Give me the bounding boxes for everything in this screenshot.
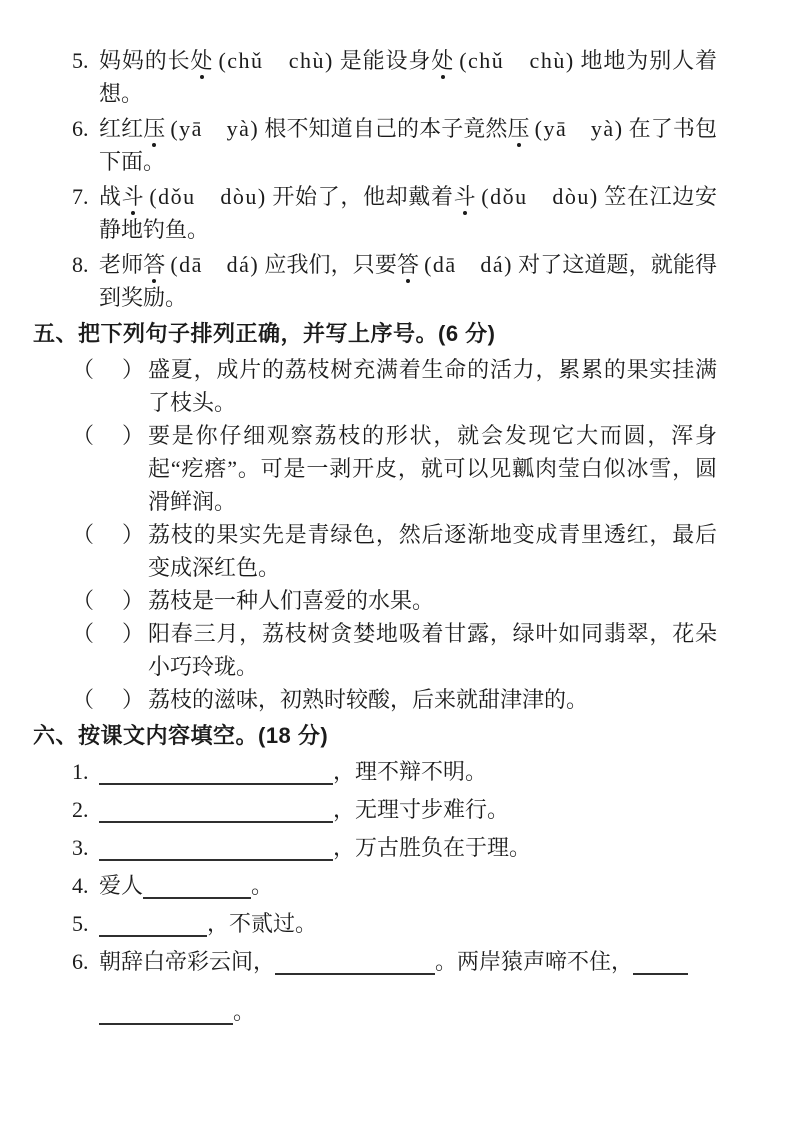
- answer-blank[interactable]: [99, 915, 207, 937]
- item-number: 3.: [72, 831, 99, 864]
- fill-in-item: 4. 爱人。: [72, 869, 717, 902]
- answer-bracket[interactable]: （ ）: [72, 419, 144, 452]
- emphasized-char: 斗: [122, 184, 145, 209]
- pinyin-sentence-item: 8. 老师答(dā dá)应我们，只要答(dā dá)对了这道题，就能得到奖励。: [72, 248, 717, 314]
- sentence-order-item: （ ） 要是你仔细观察荔枝的形状，就会发现它大而圆，浑身起“疙瘩”。可是一剥开皮…: [72, 419, 717, 518]
- item-text: ，理不辩不明。: [99, 755, 717, 788]
- item-number: 6.: [72, 945, 99, 978]
- answer-blank[interactable]: [99, 839, 333, 861]
- answer-bracket[interactable]: （ ）: [72, 617, 144, 650]
- answer-blank[interactable]: [143, 877, 251, 899]
- item-number: 5.: [72, 907, 99, 940]
- fill-in-item: 5. ，不贰过。: [72, 907, 717, 940]
- pinyin-options: (yā yà): [530, 116, 629, 141]
- text-segment: 红红: [99, 116, 143, 141]
- answer-blank[interactable]: [99, 801, 333, 823]
- item-text: ，不贰过。: [99, 907, 717, 940]
- bracket-open: （: [72, 353, 94, 386]
- section-five-title: 五、把下列句子排列正确，并写上序号。(6 分): [33, 317, 717, 350]
- pinyin-options: (dā dá): [419, 252, 518, 277]
- pinyin-item-list: 5. 妈妈的长处(chǔ chù)是能设身处(chǔ chù)地地为别人着想。 …: [33, 44, 717, 314]
- item-number: 5.: [72, 44, 99, 77]
- emphasized-char: 压: [143, 116, 165, 141]
- fill-line: 爱人。: [99, 869, 717, 902]
- text-segment: 爱人: [99, 873, 143, 898]
- text-segment: ，不贰过。: [207, 911, 317, 936]
- text-segment: 开始了，他却戴着: [272, 184, 454, 209]
- fill-in-item: 2. ，无理寸步难行。: [72, 793, 717, 826]
- item-text: ，万古胜负在于理。: [99, 831, 717, 864]
- item-number: 4.: [72, 869, 99, 902]
- emphasized-char: 压: [508, 116, 530, 141]
- text-segment: 。: [251, 873, 273, 898]
- section-five: 五、把下列句子排列正确，并写上序号。(6 分) （ ） 盛夏，成片的荔枝树充满着…: [33, 317, 717, 716]
- text-segment: 应我们，只要: [264, 252, 397, 277]
- text-segment: 老师: [99, 252, 143, 277]
- answer-blank[interactable]: [99, 1003, 233, 1025]
- item-number: 6.: [72, 112, 99, 145]
- pinyin-options: (chǔ chù): [454, 48, 579, 73]
- bracket-close: ）: [122, 419, 144, 452]
- item-text: 红红压(yā yà)根不知道自己的本子竟然压(yā yà)在了书包下面。: [99, 112, 717, 178]
- fill-line: ，万古胜负在于理。: [99, 831, 717, 864]
- pinyin-options: (dā dá): [165, 252, 264, 277]
- section-six-title: 六、按课文内容填空。(18 分): [33, 719, 717, 752]
- fill-in-item: 1. ，理不辩不明。: [72, 755, 717, 788]
- answer-blank[interactable]: [633, 953, 688, 975]
- item-text: 战斗(dǒu dòu)开始了，他却戴着斗(dǒu dòu)笠在江边安静地钓鱼。: [99, 180, 717, 246]
- bracket-open: （: [72, 683, 94, 716]
- sentence-order-item: （ ） 荔枝的滋味，初熟时较酸，后来就甜津津的。: [72, 683, 717, 716]
- item-number: 2.: [72, 793, 99, 826]
- bracket-close: ）: [122, 518, 144, 551]
- item-text: 要是你仔细观察荔枝的形状，就会发现它大而圆，浑身起“疙瘩”。可是一剥开皮，就可以…: [148, 419, 717, 518]
- answer-blank[interactable]: [99, 763, 333, 785]
- pinyin-sentence-item: 7. 战斗(dǒu dòu)开始了，他却戴着斗(dǒu dòu)笠在江边安静地钓…: [72, 180, 717, 246]
- fill-line: ，无理寸步难行。: [99, 793, 717, 826]
- item-text: 妈妈的长处(chǔ chù)是能设身处(chǔ chù)地地为别人着想。: [99, 44, 717, 110]
- pinyin-section: 5. 妈妈的长处(chǔ chù)是能设身处(chǔ chù)地地为别人着想。 …: [33, 44, 717, 314]
- text-segment: 。: [233, 999, 255, 1024]
- answer-blank[interactable]: [275, 953, 435, 975]
- item-text: 朝辞白帝彩云间，。两岸猿声啼不住，。: [99, 945, 717, 1028]
- item-number: 8.: [72, 248, 99, 281]
- pinyin-options: (yā yà): [165, 116, 264, 141]
- answer-bracket[interactable]: （ ）: [72, 683, 144, 716]
- sentence-order-item: （ ） 盛夏，成片的荔枝树充满着生命的活力，累累的果实挂满了枝头。: [72, 353, 717, 419]
- item-text: 荔枝是一种人们喜爱的水果。: [148, 584, 717, 617]
- item-number: 1.: [72, 755, 99, 788]
- pinyin-options: (dǒu dòu): [476, 184, 603, 209]
- text-segment: ，理不辩不明。: [333, 759, 487, 784]
- pinyin-options: (dǒu dòu): [144, 184, 271, 209]
- bracket-open: （: [72, 617, 94, 650]
- fill-item-list: 1. ，理不辩不明。 2. ，无理寸步难行。 3. ，万古胜负在于理。 4. 爱…: [33, 755, 717, 1028]
- item-text: 老师答(dā dá)应我们，只要答(dā dá)对了这道题，就能得到奖励。: [99, 248, 717, 314]
- text-segment: 朝辞白帝彩云间，: [99, 949, 275, 974]
- worksheet-page: 5. 妈妈的长处(chǔ chù)是能设身处(chǔ chù)地地为别人着想。 …: [0, 0, 793, 1122]
- item-text: ，无理寸步难行。: [99, 793, 717, 826]
- emphasized-char: 处: [431, 48, 454, 73]
- fill-line: 。: [99, 995, 717, 1028]
- bracket-close: ）: [122, 584, 144, 617]
- item-text: 荔枝的滋味，初熟时较酸，后来就甜津津的。: [148, 683, 717, 716]
- emphasized-char: 答: [397, 252, 419, 277]
- sentence-order-item: （ ） 荔枝是一种人们喜爱的水果。: [72, 584, 717, 617]
- fill-in-item: 6. 朝辞白帝彩云间，。两岸猿声啼不住，。: [72, 945, 717, 1028]
- sentence-order-item: （ ） 荔枝的果实先是青绿色，然后逐渐地变成青里透红，最后变成深红色。: [72, 518, 717, 584]
- pinyin-sentence-item: 5. 妈妈的长处(chǔ chù)是能设身处(chǔ chù)地地为别人着想。: [72, 44, 717, 110]
- fill-in-item: 3. ，万古胜负在于理。: [72, 831, 717, 864]
- item-number: 7.: [72, 180, 99, 213]
- text-segment: 战: [99, 184, 122, 209]
- text-segment: ，无理寸步难行。: [333, 797, 509, 822]
- bracket-open: （: [72, 419, 94, 452]
- section-six: 六、按课文内容填空。(18 分) 1. ，理不辩不明。 2. ，无理寸步难行。 …: [33, 719, 717, 1028]
- fill-line: ，理不辩不明。: [99, 755, 717, 788]
- fill-line: ，不贰过。: [99, 907, 717, 940]
- bracket-open: （: [72, 518, 94, 551]
- answer-bracket[interactable]: （ ）: [72, 353, 144, 386]
- text-segment: ，万古胜负在于理。: [333, 835, 531, 860]
- item-text: 荔枝的果实先是青绿色，然后逐渐地变成青里透红，最后变成深红色。: [148, 518, 717, 584]
- text-segment: 是能设身: [339, 48, 431, 73]
- fill-line: 朝辞白帝彩云间，。两岸猿声啼不住，: [99, 945, 717, 978]
- item-text: 爱人。: [99, 869, 717, 902]
- sentence-order-item: （ ） 阳春三月，荔枝树贪婪地吸着甘露，绿叶如同翡翠，花朵小巧玲珑。: [72, 617, 717, 683]
- bracket-open: （: [72, 584, 94, 617]
- emphasized-char: 斗: [454, 184, 477, 209]
- text-segment: 妈妈的长: [99, 48, 191, 73]
- item-text: 阳春三月，荔枝树贪婪地吸着甘露，绿叶如同翡翠，花朵小巧玲珑。: [148, 617, 717, 683]
- bracket-close: ）: [122, 353, 144, 386]
- emphasized-char: 处: [191, 48, 214, 73]
- text-segment: 根不知道自己的本子竟然: [264, 116, 507, 141]
- order-item-list: （ ） 盛夏，成片的荔枝树充满着生命的活力，累累的果实挂满了枝头。 （ ） 要是…: [33, 353, 717, 716]
- answer-bracket[interactable]: （ ）: [72, 584, 144, 617]
- answer-bracket[interactable]: （ ）: [72, 518, 144, 551]
- pinyin-sentence-item: 6. 红红压(yā yà)根不知道自己的本子竟然压(yā yà)在了书包下面。: [72, 112, 717, 178]
- pinyin-options: (chǔ chù): [213, 48, 338, 73]
- bracket-close: ）: [122, 617, 144, 650]
- bracket-close: ）: [122, 683, 144, 716]
- emphasized-char: 答: [143, 252, 165, 277]
- text-segment: 。两岸猿声啼不住，: [435, 949, 633, 974]
- item-text: 盛夏，成片的荔枝树充满着生命的活力，累累的果实挂满了枝头。: [148, 353, 717, 419]
